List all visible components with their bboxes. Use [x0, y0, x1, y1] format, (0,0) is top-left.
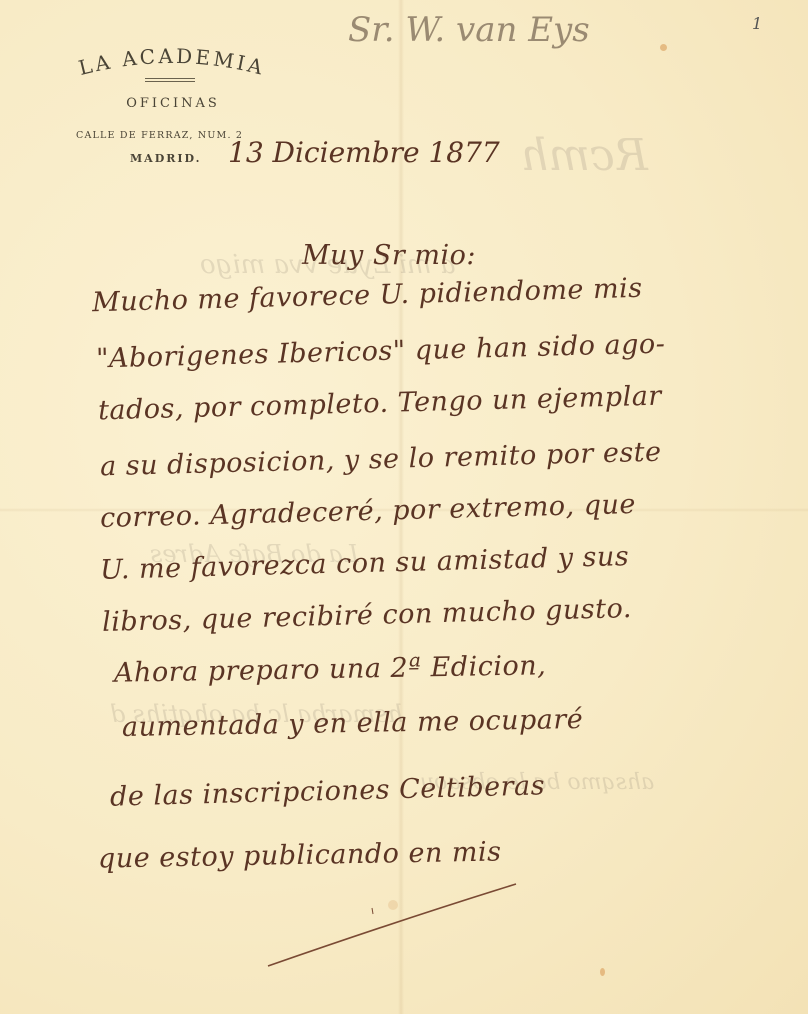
letter-page: Rcmh a mi Lyue vva migo La do Bafe Adres…: [0, 0, 808, 1014]
closing-flourish-stroke: [0, 0, 808, 1014]
